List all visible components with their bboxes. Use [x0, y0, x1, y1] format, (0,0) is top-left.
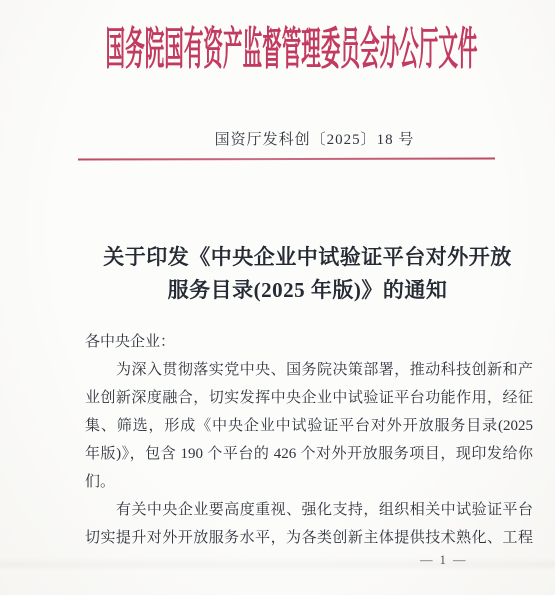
agency-header-text: 国务院国有资产监督管理委员会办公厅文件	[106, 26, 478, 72]
document-title: 关于印发《中央企业中试验证平台对外开放 服务目录(2025 年版)》的通知	[30, 241, 555, 307]
red-separator-line	[78, 157, 495, 160]
paragraph-1-line-3: 集、筛选，形成《中央企业中试验证平台对外开放服务目录(2025	[85, 412, 533, 440]
document-number: 国资厅发科创〔2025〕18 号	[37, 131, 555, 149]
salutation: 各中央企业：	[85, 328, 533, 356]
paragraph-2-line-1: 有关中央企业要高度重视、强化支持，组织相关中试验证平台	[85, 496, 533, 524]
paragraph-1-line-1: 为深入贯彻落实党中央、国务院决策部署，推动科技创新和产	[85, 356, 533, 384]
scan-shadow-artifact	[0, 557, 555, 571]
paragraph-1-line-5: 们。	[85, 468, 533, 496]
document-body: 各中央企业： 为深入贯彻落实党中央、国务院决策部署，推动科技创新和产 业创新深度…	[85, 328, 533, 552]
paragraph-2-line-2: 切实提升对外开放服务水平，为各类创新主体提供技术熟化、工程	[85, 524, 533, 552]
page-number: — 1 —	[420, 553, 468, 568]
document-page: 国务院国有资产监督管理委员会办公厅文件 国资厅发科创〔2025〕18 号 关于印…	[0, 0, 555, 595]
agency-header: 国务院国有资产监督管理委员会办公厅文件	[14, 26, 555, 72]
paragraph-1-line-4: 年版)》，包含 190 个平台的 426 个对外开放服务项目，现印发给你	[85, 440, 533, 468]
document-title-line-2: 服务目录(2025 年版)》的通知	[30, 274, 555, 307]
paragraph-1-line-2: 业创新深度融合，切实发挥中央企业中试验证平台功能作用，经征	[85, 384, 533, 412]
document-title-line-1: 关于印发《中央企业中试验证平台对外开放	[30, 241, 555, 274]
